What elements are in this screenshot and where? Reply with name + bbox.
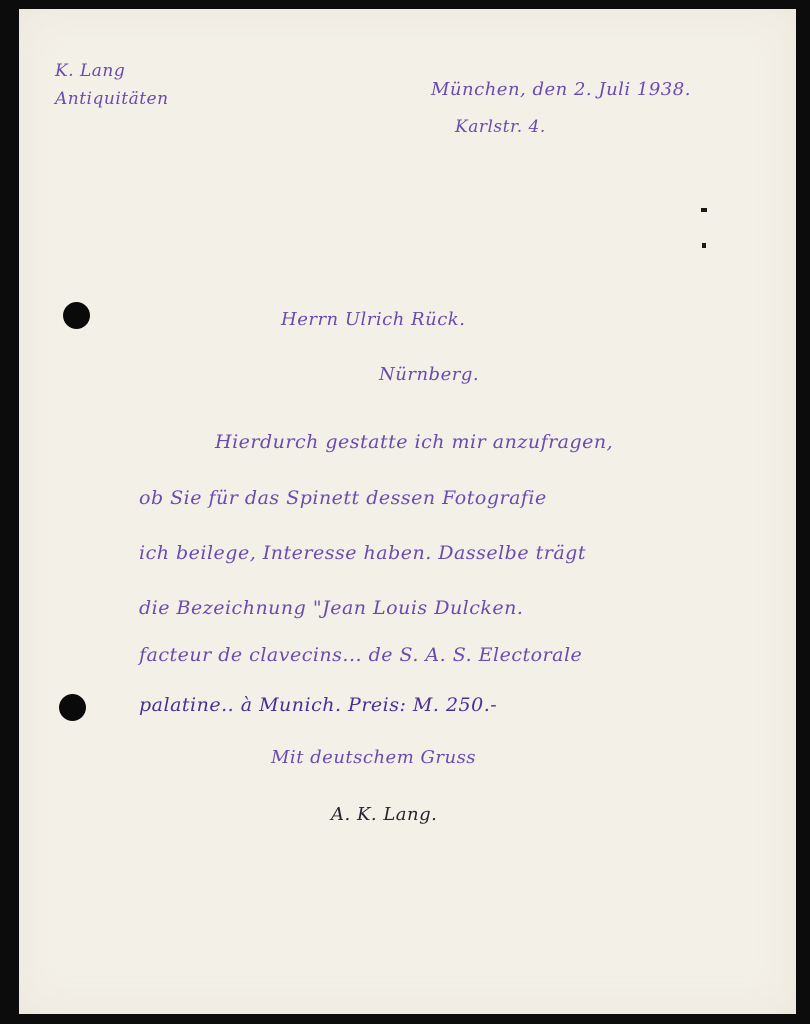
closing: Mit deutschem Gruss xyxy=(271,747,476,768)
punch-hole-bottom xyxy=(59,694,86,721)
margin-mark xyxy=(702,243,706,248)
body-line: Hierdurch gestatte ich mir anzufragen, xyxy=(215,431,613,453)
sender-business: Antiquitäten xyxy=(55,89,169,109)
letter-paper: K. Lang Antiquitäten München, den 2. Jul… xyxy=(19,9,796,1014)
body-line: ob Sie für das Spinett dessen Fotografie xyxy=(139,487,547,509)
body-line: die Bezeichnung "Jean Louis Dulcken. xyxy=(139,597,523,619)
punch-hole-top xyxy=(63,302,90,329)
body-line: ich beilege, Interesse haben. Dasselbe t… xyxy=(139,542,586,564)
place-date: München, den 2. Juli 1938. xyxy=(431,79,691,100)
body-line: palatine.. à Munich. Preis: M. 250.- xyxy=(139,694,497,716)
recipient-city: Nürnberg. xyxy=(379,364,479,385)
recipient-name: Herrn Ulrich Rück. xyxy=(281,309,465,330)
sender-name: K. Lang xyxy=(55,61,125,81)
margin-mark xyxy=(701,208,707,212)
sender-address: Karlstr. 4. xyxy=(455,117,546,137)
signature: A. K. Lang. xyxy=(331,804,437,825)
body-line: facteur de clavecins... de S. A. S. Elec… xyxy=(139,644,582,666)
